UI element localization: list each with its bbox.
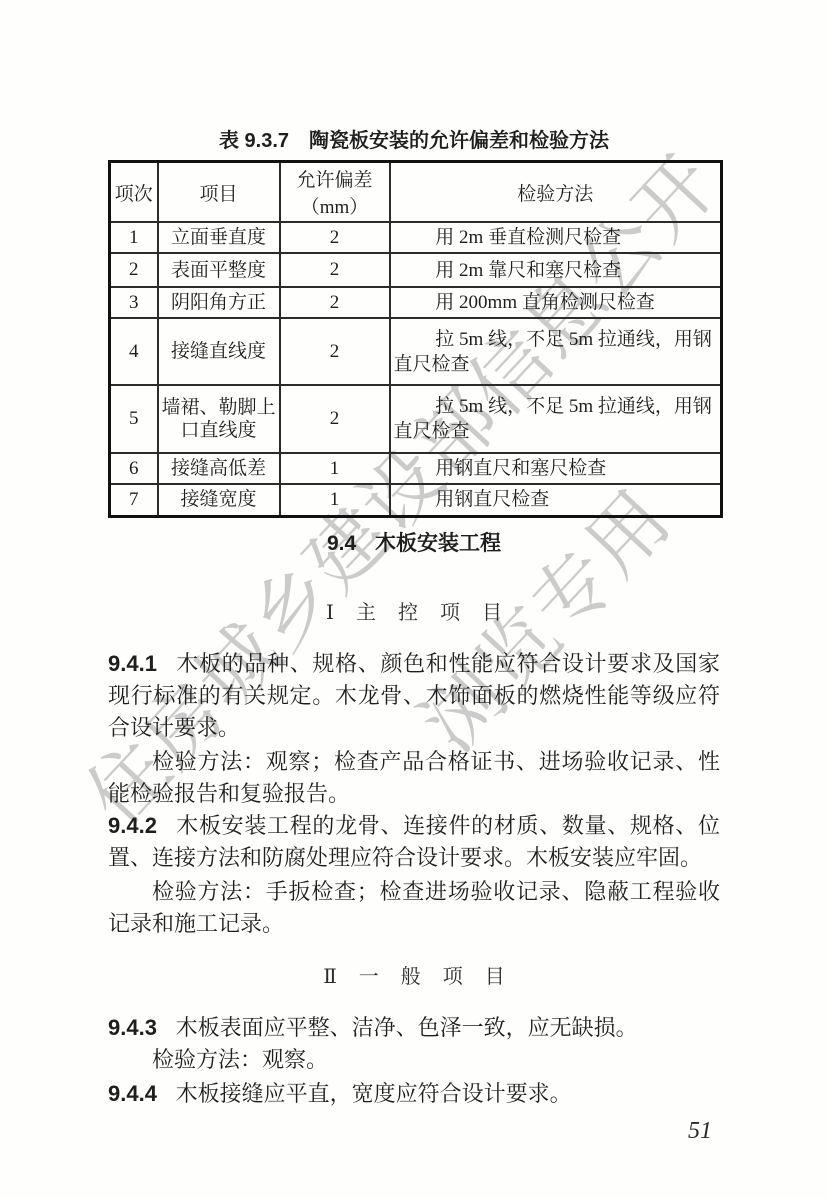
clause-number: 9.4.1: [108, 651, 157, 676]
cell-method: 用钢直尺和塞尺检查: [390, 453, 722, 484]
clause-9-4-4: 9.4.4木板接缝应平直，宽度应符合设计要求。: [108, 1078, 720, 1110]
table-header-row: 项次 项目 允许偏差（mm） 检验方法: [110, 162, 722, 223]
clause-text: 木板的品种、规格、颜色和性能应符合设计要求及国家现行标准的有关规定。木龙骨、木饰…: [108, 651, 720, 740]
table-row: 4 接缝直线度 2 拉 5m 线，不足 5m 拉通线，用钢直尺检查: [110, 318, 722, 385]
cell-tolerance: 2: [280, 222, 390, 253]
clause-9-4-1-method: 检验方法：观察；检查产品合格证书、进场验收记录、性能检验报告和复验报告。: [108, 746, 720, 810]
page-number: 51: [108, 1118, 720, 1145]
cell-item: 阴阳角方正: [158, 287, 280, 318]
cell-method: 用 200mm 直角检测尺检查: [390, 287, 722, 318]
cell-no: 3: [110, 287, 158, 318]
clause-9-4-2: 9.4.2木板安装工程的龙骨、连接件的材质、数量、规格、位置、连接方法和防腐处理…: [108, 810, 720, 874]
table-row: 3 阴阳角方正 2 用 200mm 直角检测尺检查: [110, 287, 722, 318]
col-header-item-no: 项次: [110, 162, 158, 223]
cell-tolerance: 2: [280, 287, 390, 318]
clause-number: 9.4.2: [108, 813, 157, 838]
cell-method: 拉 5m 线，不足 5m 拉通线，用钢直尺检查: [390, 385, 722, 453]
clause-number: 9.4.3: [108, 1015, 157, 1040]
cell-item: 接缝直线度: [158, 318, 280, 385]
subsection-heading-main-control: Ⅰ主控项目: [108, 596, 720, 625]
table-row: 1 立面垂直度 2 用 2m 垂直检测尺检查: [110, 222, 722, 253]
cell-item: 接缝宽度: [158, 484, 280, 516]
table-row: 7 接缝宽度 1 用钢直尺检查: [110, 484, 722, 516]
table-title: 表 9.3.7 陶瓷板安装的允许偏差和检验方法: [108, 124, 720, 153]
table-row: 6 接缝高低差 1 用钢直尺和塞尺检查: [110, 453, 722, 484]
clause-text: 木板接缝应平直，宽度应符合设计要求。: [176, 1081, 572, 1106]
table-row: 5 墙裙、勒脚上口直线度 2 拉 5m 线，不足 5m 拉通线，用钢直尺检查: [110, 385, 722, 453]
cell-tolerance: 2: [280, 253, 390, 287]
cell-tolerance: 1: [280, 484, 390, 516]
col-header-item: 项目: [158, 162, 280, 223]
subsection-heading-general: Ⅱ一般项目: [108, 960, 720, 989]
cell-method: 用 2m 靠尺和塞尺检查: [390, 253, 722, 287]
cell-no: 2: [110, 253, 158, 287]
page-content: 表 9.3.7 陶瓷板安装的允许偏差和检验方法 项次 项目 允许偏差（mm） 检…: [108, 0, 720, 1198]
tolerance-table: 项次 项目 允许偏差（mm） 检验方法 1 立面垂直度 2 用 2m 垂直检测尺…: [108, 160, 723, 518]
col-header-method: 检验方法: [390, 162, 722, 223]
cell-no: 1: [110, 222, 158, 253]
section-number: 9.4: [327, 532, 356, 555]
cell-method: 用 2m 垂直检测尺检查: [390, 222, 722, 253]
cell-no: 6: [110, 453, 158, 484]
cell-method: 用钢直尺检查: [390, 484, 722, 516]
clause-9-4-2-method: 检验方法：手扳检查；检查进场验收记录、隐蔽工程验收记录和施工记录。: [108, 876, 720, 940]
cell-item: 墙裙、勒脚上口直线度: [158, 385, 280, 453]
cell-item: 立面垂直度: [158, 222, 280, 253]
document-page: 住房城乡建设部信息公开 浏览专用 表 9.3.7 陶瓷板安装的允许偏差和检验方法…: [0, 0, 828, 1198]
clause-9-4-3: 9.4.3木板表面应平整、洁净、色泽一致，应无缺损。: [108, 1012, 720, 1044]
clause-9-4-1: 9.4.1木板的品种、规格、颜色和性能应符合设计要求及国家现行标准的有关规定。木…: [108, 648, 720, 744]
section-title: 木板安装工程: [375, 532, 501, 555]
cell-no: 4: [110, 318, 158, 385]
cell-tolerance: 2: [280, 318, 390, 385]
table-row: 2 表面平整度 2 用 2m 靠尺和塞尺检查: [110, 253, 722, 287]
clause-9-4-3-method: 检验方法：观察。: [108, 1044, 720, 1076]
cell-tolerance: 2: [280, 385, 390, 453]
clause-text: 木板安装工程的龙骨、连接件的材质、数量、规格、位置、连接方法和防腐处理应符合设计…: [108, 813, 720, 870]
col-header-tolerance: 允许偏差（mm）: [280, 162, 390, 223]
cell-item: 接缝高低差: [158, 453, 280, 484]
cell-no: 5: [110, 385, 158, 453]
clause-number: 9.4.4: [108, 1081, 157, 1106]
subsection-numeral: Ⅱ: [323, 966, 337, 988]
subsection-title: 主控项目: [356, 602, 524, 624]
cell-no: 7: [110, 484, 158, 516]
cell-method: 拉 5m 线，不足 5m 拉通线，用钢直尺检查: [390, 318, 722, 385]
section-heading: 9.4木板安装工程: [108, 527, 720, 557]
cell-tolerance: 1: [280, 453, 390, 484]
clause-text: 木板表面应平整、洁净、色泽一致，应无缺损。: [176, 1015, 638, 1040]
cell-item: 表面平整度: [158, 253, 280, 287]
subsection-numeral: Ⅰ: [326, 602, 334, 624]
subsection-title: 一般项目: [359, 966, 527, 988]
